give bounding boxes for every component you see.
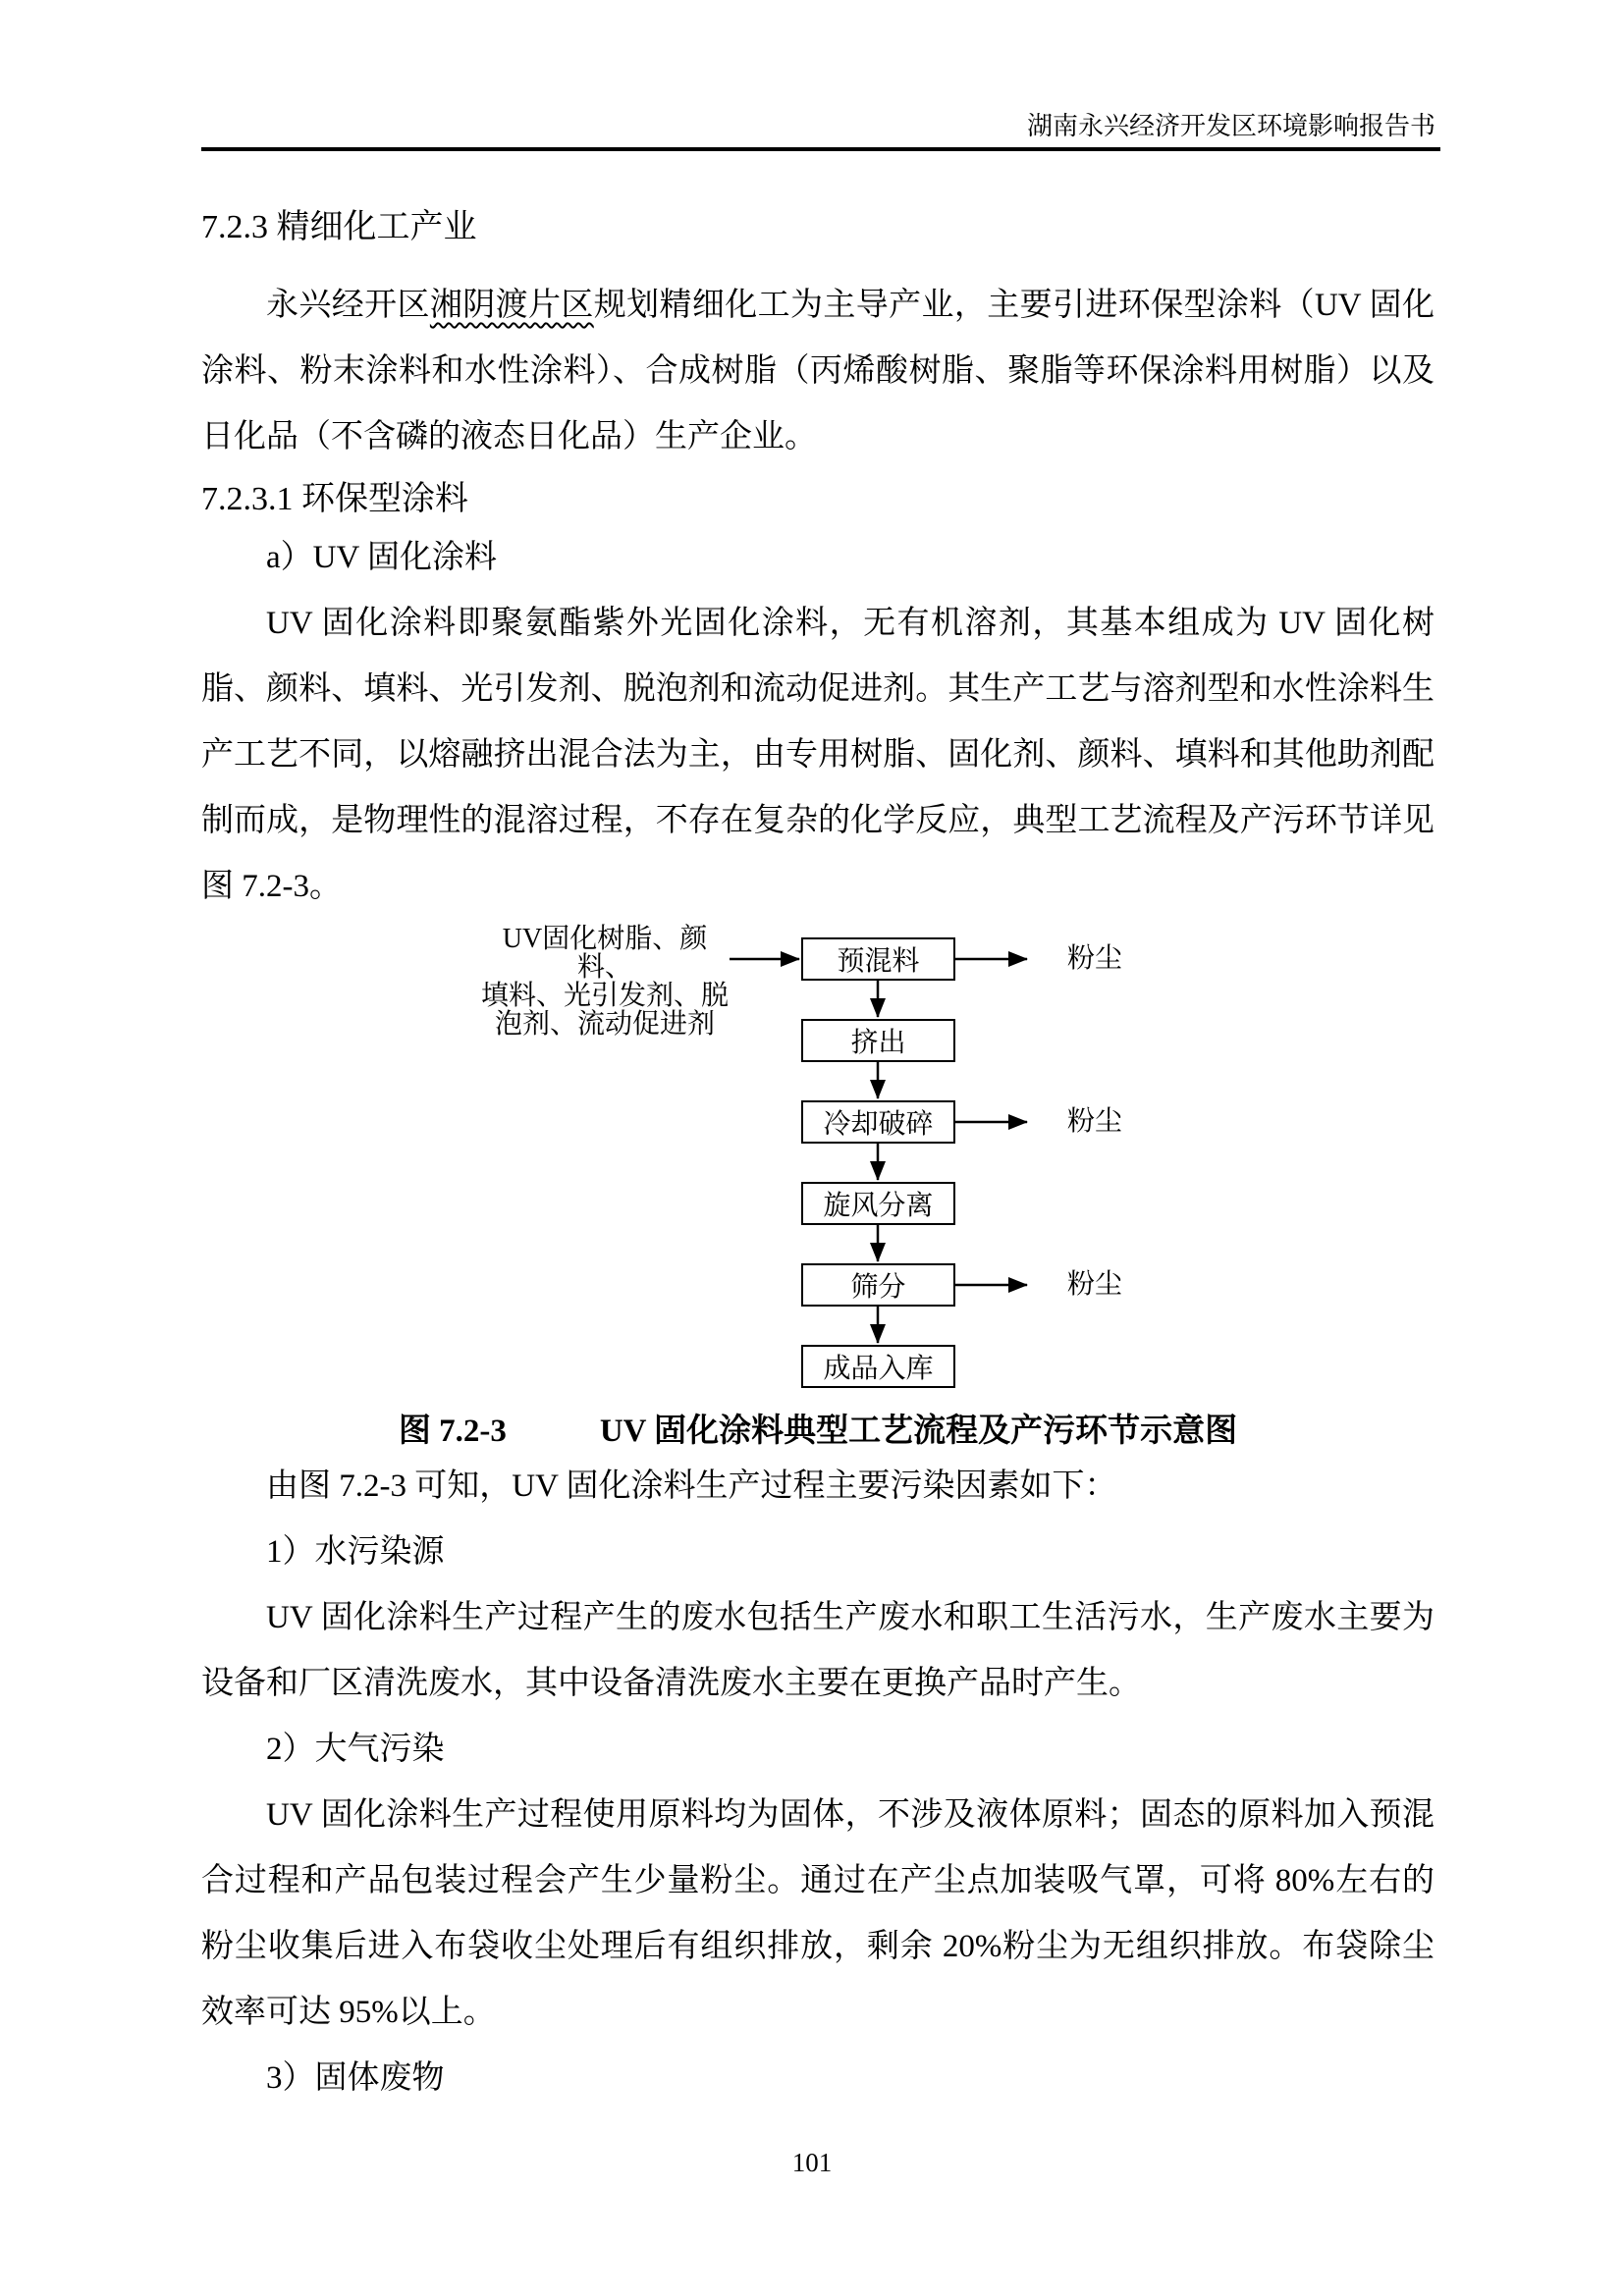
subsection-heading: 7.2.3.1 环保型涂料: [201, 480, 1435, 519]
page-header-title: 湖南永兴经济开发区环境影响报告书: [201, 110, 1435, 143]
flow-arrows: [201, 924, 1435, 1410]
intro-text-pre: 永兴经开区: [266, 288, 430, 323]
flow-step-cool-crush: 冷却破碎: [801, 1100, 955, 1144]
list-item-solid: 3）固体废物: [201, 2046, 1435, 2111]
flow-step-sieve: 筛分: [801, 1263, 955, 1307]
figure-title: UV 固化涂料典型工艺流程及产污环节示意图: [600, 1410, 1237, 1454]
figure-caption: 图 7.2-3 UV 固化涂料典型工艺流程及产污环节示意图: [201, 1410, 1435, 1454]
flow-input-line-1: UV固化树脂、颜料、: [479, 925, 731, 982]
flow-input-materials-label: UV固化树脂、颜料、 填料、光引发剂、脱 泡剂、流动促进剂: [479, 925, 731, 1039]
figure-lead-paragraph: 由图 7.2-3 可知，UV 固化涂料生产过程主要污染因素如下：: [201, 1454, 1435, 1520]
place-name-underlined: 湘阴渡片区: [430, 288, 594, 323]
dust-emission-label-1: 粉尘: [1067, 944, 1156, 974]
section-heading: 7.2.3 精细化工产业: [201, 208, 1435, 247]
intro-paragraph: 永兴经开区湘阴渡片区规划精细化工为主导产业，主要引进环保型涂料（UV 固化涂料、…: [201, 273, 1435, 470]
report-page: 湖南永兴经济开发区环境影响报告书 7.2.3 精细化工产业 永兴经开区湘阴渡片区…: [0, 0, 1624, 2296]
process-flow-diagram: UV固化树脂、颜料、 填料、光引发剂、脱 泡剂、流动促进剂 预混料 挤出 冷却破…: [201, 924, 1435, 1410]
flow-input-line-2: 填料、光引发剂、脱: [479, 982, 731, 1010]
list-item-water: 1）水污染源: [201, 1520, 1435, 1585]
water-pollution-paragraph: UV 固化涂料生产过程产生的废水包括生产废水和职工生活污水，生产废水主要为设备和…: [201, 1585, 1435, 1717]
header-rule: [201, 147, 1440, 151]
air-pollution-paragraph: UV 固化涂料生产过程使用原料均为固体，不涉及液体原料；固态的原料加入预混合过程…: [201, 1783, 1435, 2046]
dust-emission-label-2: 粉尘: [1067, 1107, 1156, 1137]
uv-process-paragraph: UV 固化涂料即聚氨酯紫外光固化涂料，无有机溶剂，其基本组成为 UV 固化树脂、…: [201, 591, 1435, 920]
flow-step-premix: 预混料: [801, 937, 955, 981]
flow-step-extrude: 挤出: [801, 1019, 955, 1062]
flow-step-cyclone-separate: 旋风分离: [801, 1182, 955, 1225]
list-item-air: 2）大气污染: [201, 1717, 1435, 1783]
dust-emission-label-3: 粉尘: [1067, 1270, 1156, 1300]
page-content: 7.2.3 精细化工产业 永兴经开区湘阴渡片区规划精细化工为主导产业，主要引进环…: [201, 187, 1435, 2111]
page-number: 101: [0, 2148, 1624, 2177]
flow-step-storage: 成品入库: [801, 1345, 955, 1388]
flow-input-line-3: 泡剂、流动促进剂: [479, 1010, 731, 1039]
figure-number: 图 7.2-3: [399, 1410, 507, 1454]
subsection-item-a: a）UV 固化涂料: [201, 525, 1435, 591]
